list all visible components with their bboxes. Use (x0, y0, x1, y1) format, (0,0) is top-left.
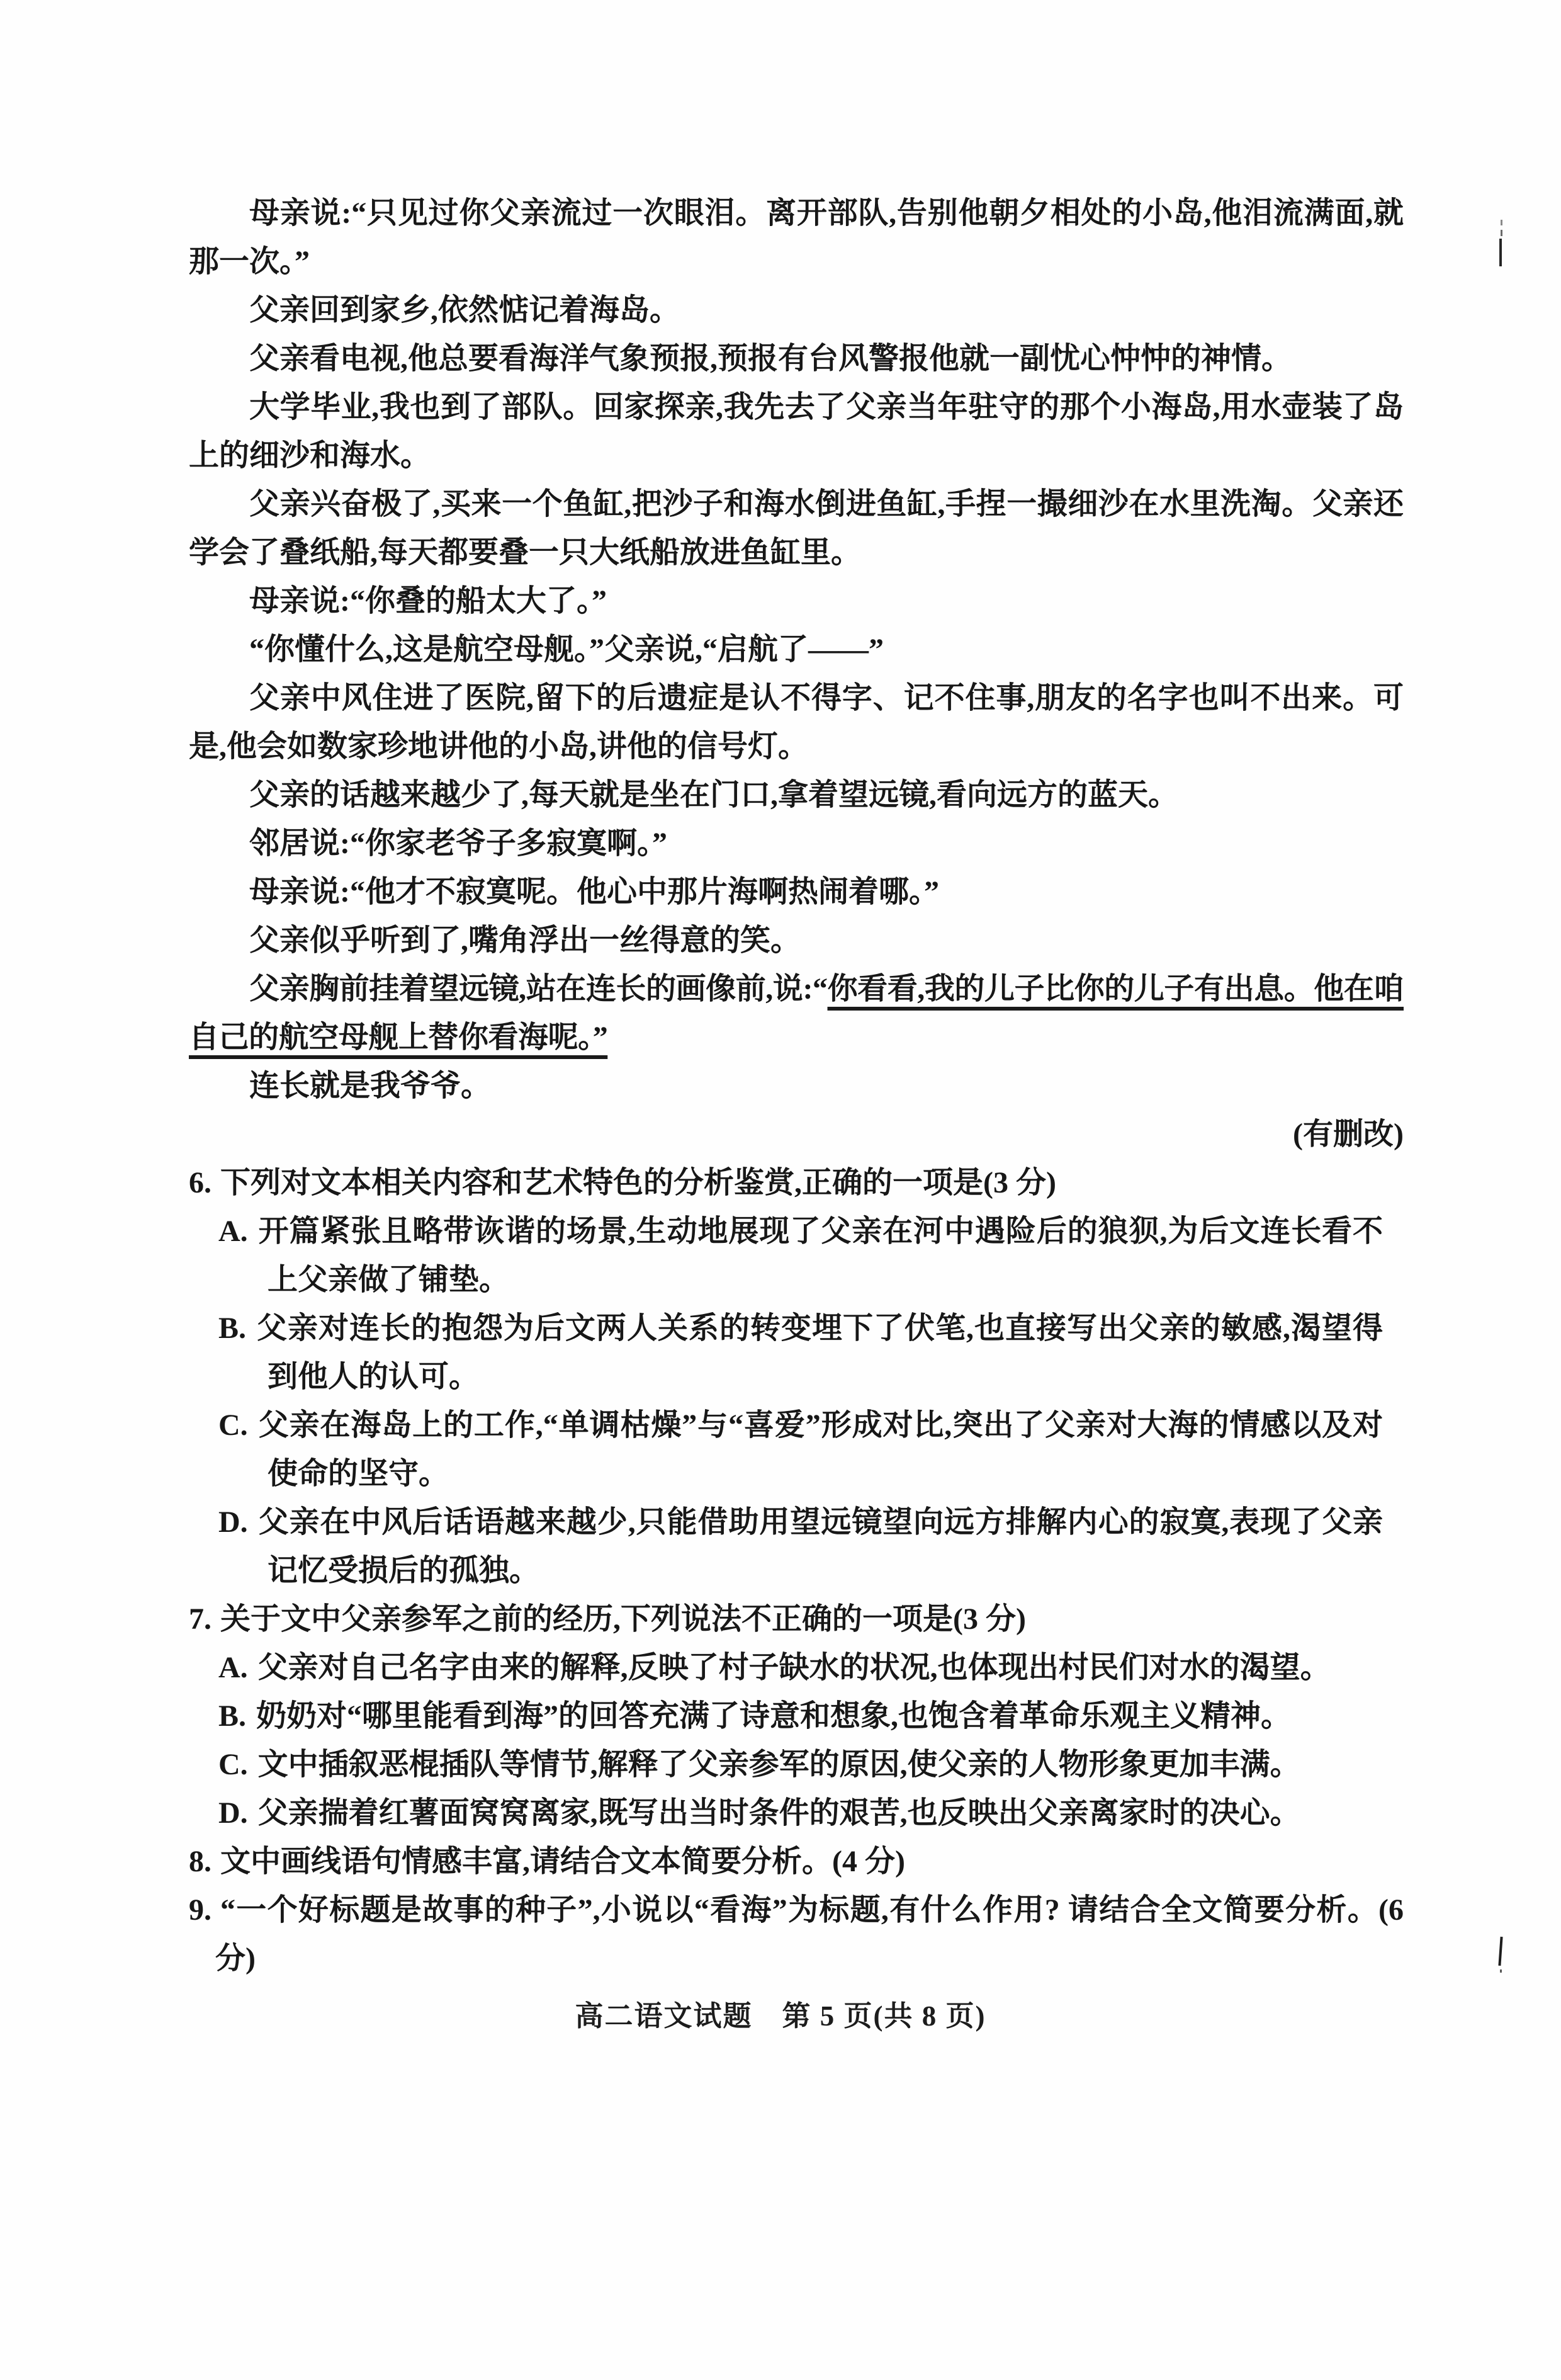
option-C: C.文中插叙恶棍插队等情节,解释了父亲参军的原因,使父亲的人物形象更加丰满。 (189, 1740, 1404, 1789)
option-text: 奶奶对“哪里能看到海”的回答充满了诗意和想象,也饱含着革命乐观主义精神。 (256, 1699, 1291, 1733)
question-text: 文中画线语句情感丰富,请结合文本简要分析。(4 分) (220, 1845, 905, 1878)
question-stem: 8.文中画线语句情感丰富,请结合文本简要分析。(4 分) (189, 1837, 1404, 1886)
option-text: 父亲对连长的抱怨为后文两人关系的转变埋下了伏笔,也直接写出父亲的敏感,渴望得到他… (256, 1312, 1383, 1393)
passage-paragraph: 母亲说:“他才不寂寞呢。他心中那片海啊热闹着哪。” (189, 868, 1404, 916)
passage-text: 母亲说:“他才不寂寞呢。他心中那片海啊热闹着哪。” (249, 875, 939, 909)
passage-text: 父亲中风住进了医院,留下的后遗症是认不得字、记不住事,朋友的名字也叫不出来。可是… (189, 681, 1404, 763)
scan-artifact-bottom (1500, 1969, 1502, 1973)
passage-paragraph: 父亲回到家乡,依然惦记着海岛。 (189, 286, 1404, 334)
question-number: 8. (189, 1845, 211, 1878)
page-footer: 高二语文试题 第 5 页(共 8 页) (0, 1998, 1561, 2034)
option-text: 父亲对自己名字由来的解释,反映了村子缺水的状况,也体现出村民们对水的渴望。 (258, 1651, 1331, 1684)
passage-paragraph: “你懂什么,这是航空母舰。”父亲说,“启航了——” (189, 625, 1404, 674)
question-text: 关于文中父亲参军之前的经历,下列说法不正确的一项是(3 分) (220, 1602, 1026, 1636)
question-number: 9. (189, 1893, 211, 1927)
option-label: C. (218, 1408, 248, 1442)
passage-text: 母亲说:“你叠的船太大了。” (249, 584, 607, 618)
passage-text: 邻居说:“你家老爷子多寂寞啊。” (249, 827, 667, 860)
passage-paragraph: 父亲的话越来越少了,每天就是坐在门口,拿着望远镜,看向远方的蓝天。 (189, 771, 1404, 819)
option-label: A. (218, 1651, 248, 1684)
option-text: 文中插叙恶棍插队等情节,解释了父亲参军的原因,使父亲的人物形象更加丰满。 (258, 1748, 1300, 1781)
passage-text: “你懂什么,这是航空母舰。”父亲说,“启航了——” (249, 633, 884, 666)
scan-artifact-top (1501, 220, 1502, 225)
passage-text: 父亲看电视,他总要看海洋气象预报,预报有台风警报他就一副忧心忡忡的神情。 (249, 342, 1292, 375)
passage-paragraph: 父亲胸前挂着望远镜,站在连长的画像前,说:“你看看,我的儿子比你的儿子有出息。他… (189, 965, 1404, 1062)
option-D: D.父亲揣着红薯面窝窝离家,既写出当时条件的艰苦,也反映出父亲离家时的决心。 (189, 1789, 1404, 1837)
questions-section: 6.下列对文本相关内容和艺术特色的分析鉴赏,正确的一项是(3 分)A.开篇紧张且… (189, 1159, 1404, 1983)
page-content: 母亲说:“只见过你父亲流过一次眼泪。离开部队,告别他朝夕相处的小岛,他泪流满面,… (189, 189, 1404, 1983)
question-stem: 7.关于文中父亲参军之前的经历,下列说法不正确的一项是(3 分) (189, 1595, 1404, 1643)
passage-text: 父亲似乎听到了,嘴角浮出一丝得意的笑。 (249, 924, 801, 957)
passage-paragraph: 母亲说:“只见过你父亲流过一次眼泪。离开部队,告别他朝夕相处的小岛,他泪流满面,… (189, 189, 1404, 286)
question-6: 6.下列对文本相关内容和艺术特色的分析鉴赏,正确的一项是(3 分)A.开篇紧张且… (189, 1159, 1404, 1595)
passage-text: 连长就是我爷爷。 (249, 1069, 491, 1102)
option-label: D. (218, 1796, 248, 1830)
question-9: 9.“一个好标题是故事的种子”,小说以“看海”为标题,有什么作用? 请结合全文简… (189, 1886, 1404, 1983)
passage-text: 父亲兴奋极了,买来一个鱼缸,把沙子和海水倒进鱼缸,手捏一撮细沙在水里洗淘。父亲还… (189, 487, 1404, 569)
passage-paragraph: 大学毕业,我也到了部队。回家探亲,我先去了父亲当年驻守的那个小海岛,用水壶装了岛… (189, 383, 1404, 480)
option-D: D.父亲在中风后话语越来越少,只能借助用望远镜望向远方排解内心的寂寞,表现了父亲… (189, 1498, 1404, 1595)
option-text: 父亲在海岛上的工作,“单调枯燥”与“喜爱”形成对比,突出了父亲对大海的情感以及对… (258, 1408, 1383, 1490)
passage-text: 大学毕业,我也到了部队。回家探亲,我先去了父亲当年驻守的那个小海岛,用水壶装了岛… (189, 390, 1404, 472)
scan-artifact-top (1501, 230, 1502, 236)
scan-artifact-top (1499, 239, 1502, 266)
option-C: C.父亲在海岛上的工作,“单调枯燥”与“喜爱”形成对比,突出了父亲对大海的情感以… (189, 1401, 1404, 1498)
passage-text: 父亲回到家乡,依然惦记着海岛。 (249, 293, 680, 327)
passage-paragraph: 父亲中风住进了医院,留下的后遗症是认不得字、记不住事,朋友的名字也叫不出来。可是… (189, 674, 1404, 771)
passage-text: 父亲的话越来越少了,每天就是坐在门口,拿着望远镜,看向远方的蓝天。 (249, 778, 1178, 812)
option-label: A. (218, 1215, 248, 1248)
option-text: 开篇紧张且略带诙谐的场景,生动地展现了父亲在河中遇险后的狼狈,为后文连长看不上父… (258, 1215, 1383, 1296)
option-label: B. (218, 1312, 246, 1345)
passage-paragraph: 父亲看电视,他总要看海洋气象预报,预报有台风警报他就一副忧心忡忡的神情。 (189, 334, 1404, 383)
question-number: 6. (189, 1166, 211, 1199)
option-text: 父亲揣着红薯面窝窝离家,既写出当时条件的艰苦,也反映出父亲离家时的决心。 (258, 1796, 1300, 1830)
option-text: 父亲在中风后话语越来越少,只能借助用望远镜望向远方排解内心的寂寞,表现了父亲记忆… (258, 1505, 1383, 1587)
passage-paragraph: 父亲似乎听到了,嘴角浮出一丝得意的笑。 (189, 916, 1404, 965)
passage-paragraph: 母亲说:“你叠的船太大了。” (189, 577, 1404, 625)
passage-paragraph: 连长就是我爷爷。 (189, 1062, 1404, 1110)
question-stem: 6.下列对文本相关内容和艺术特色的分析鉴赏,正确的一项是(3 分) (189, 1159, 1404, 1207)
question-number: 7. (189, 1602, 211, 1636)
question-stem: 9.“一个好标题是故事的种子”,小说以“看海”为标题,有什么作用? 请结合全文简… (189, 1886, 1404, 1983)
reading-passage: 母亲说:“只见过你父亲流过一次眼泪。离开部队,告别他朝夕相处的小岛,他泪流满面,… (189, 189, 1404, 1110)
option-B: B.奶奶对“哪里能看到海”的回答充满了诗意和想象,也饱含着革命乐观主义精神。 (189, 1692, 1404, 1740)
passage-text: 父亲胸前挂着望远镜,站在连长的画像前,说:“ (249, 972, 828, 1006)
option-A: A.开篇紧张且略带诙谐的场景,生动地展现了父亲在河中遇险后的狼狈,为后文连长看不… (189, 1207, 1404, 1304)
scan-artifact-bottom (1498, 1937, 1502, 1966)
question-7: 7.关于文中父亲参军之前的经历,下列说法不正确的一项是(3 分)A.父亲对自己名… (189, 1595, 1404, 1837)
option-B: B.父亲对连长的抱怨为后文两人关系的转变埋下了伏笔,也直接写出父亲的敏感,渴望得… (189, 1304, 1404, 1401)
passage-text: 母亲说:“只见过你父亲流过一次眼泪。离开部队,告别他朝夕相处的小岛,他泪流满面,… (189, 196, 1404, 278)
option-A: A.父亲对自己名字由来的解释,反映了村子缺水的状况,也体现出村民们对水的渴望。 (189, 1643, 1404, 1692)
question-8: 8.文中画线语句情感丰富,请结合文本简要分析。(4 分) (189, 1837, 1404, 1886)
exam-page: 母亲说:“只见过你父亲流过一次眼泪。离开部队,告别他朝夕相处的小岛,他泪流满面,… (0, 0, 1561, 2380)
passage-paragraph: 父亲兴奋极了,买来一个鱼缸,把沙子和海水倒进鱼缸,手捏一撮细沙在水里洗淘。父亲还… (189, 480, 1404, 577)
attribution-note: (有删改) (189, 1110, 1404, 1159)
option-label: D. (218, 1505, 248, 1539)
option-label: C. (218, 1748, 248, 1781)
passage-paragraph: 邻居说:“你家老爷子多寂寞啊。” (189, 819, 1404, 868)
question-text: “一个好标题是故事的种子”,小说以“看海”为标题,有什么作用? 请结合全文简要分… (215, 1893, 1404, 1975)
option-label: B. (218, 1699, 246, 1733)
question-text: 下列对文本相关内容和艺术特色的分析鉴赏,正确的一项是(3 分) (220, 1166, 1056, 1199)
